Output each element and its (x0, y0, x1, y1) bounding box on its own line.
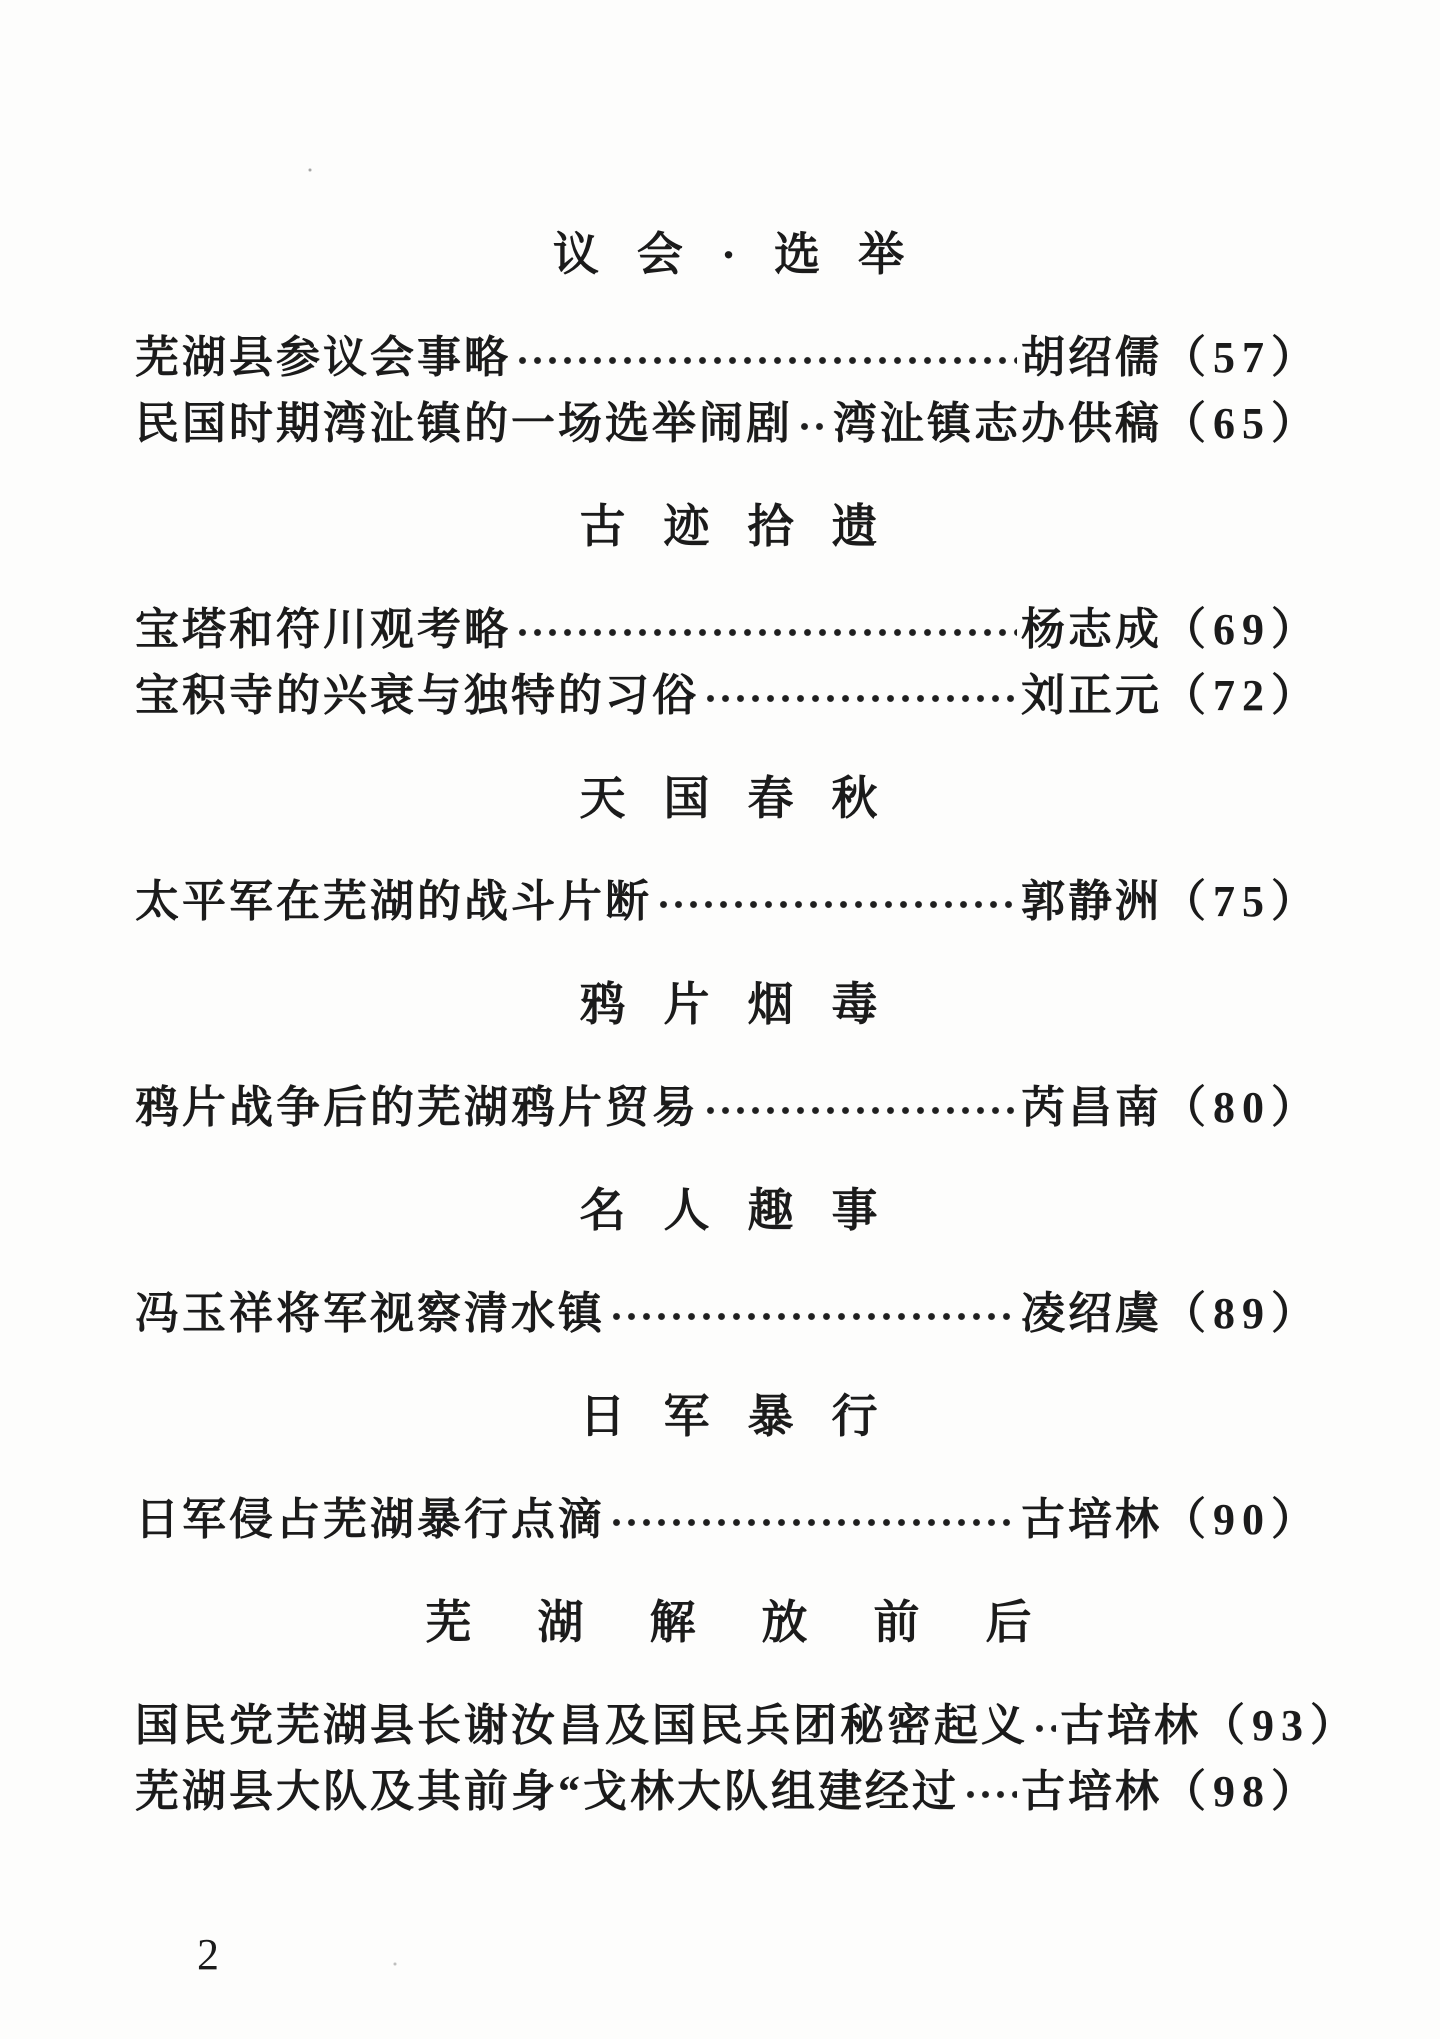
entry-page-number: （89） (1162, 1281, 1322, 1347)
entry-page-number: （75） (1162, 869, 1322, 935)
entry-author: 古培林 (1021, 1487, 1162, 1553)
toc-entry: 鸦片战争后的芜湖鸦片贸易 芮昌南 （80） (135, 1075, 1322, 1141)
entry-title: 冯玉祥将军视察清水镇 (135, 1281, 605, 1347)
section-entries: 鸦片战争后的芜湖鸦片贸易 芮昌南 （80） (135, 1075, 1322, 1141)
leader-dots (656, 869, 1017, 935)
section-entries: 冯玉祥将军视察清水镇 凌绍虞 （89） (135, 1281, 1322, 1347)
toc-entry: 宝塔和符川观考略 杨志成 （69） (135, 597, 1322, 663)
section-heading-taiping-kingdom: 天国春秋 (135, 769, 1322, 829)
entry-author: 郭静洲 (1021, 869, 1162, 935)
toc-entry: 国民党芜湖县长谢汝昌及国民兵团秘密起义 古培林 （93） (135, 1693, 1322, 1759)
entry-author: 芮昌南 (1021, 1075, 1162, 1141)
entry-title: 芜湖县参议会事略 (135, 325, 511, 391)
entry-title: 太平军在芜湖的战斗片断 (135, 869, 652, 935)
entry-page-number: （80） (1162, 1075, 1322, 1141)
entry-page-number: （72） (1162, 663, 1322, 729)
entry-author: 古培林 (1021, 1759, 1162, 1825)
entry-author: 胡绍儒 (1021, 325, 1162, 391)
entry-page-number: （93） (1201, 1693, 1361, 1759)
toc-entry: 民国时期湾沚镇的一场选举闹剧 湾沚镇志办供稿 （65） (135, 391, 1322, 457)
entry-author: 刘正元 (1021, 663, 1162, 729)
section-heading-council-elections: 议会·选举 (135, 225, 1322, 285)
entry-title: 宝积寺的兴衰与独特的习俗 (135, 663, 699, 729)
leader-dots (515, 325, 1017, 391)
toc-entry: 日军侵占芜湖暴行点滴 古培林 （90） (135, 1487, 1322, 1553)
section-heading-japanese-atrocities: 日军暴行 (135, 1387, 1322, 1447)
section-entries: 芜湖县参议会事略 胡绍儒 （57） 民国时期湾沚镇的一场选举闹剧 湾沚镇志办供稿… (135, 325, 1322, 457)
entry-page-number: （69） (1162, 597, 1322, 663)
leader-dots (609, 1281, 1017, 1347)
entry-author: 凌绍虞 (1021, 1281, 1162, 1347)
leader-dots (963, 1759, 1017, 1825)
leader-dots (703, 1075, 1017, 1141)
entry-title: 宝塔和符川观考略 (135, 597, 511, 663)
leader-dots (703, 663, 1017, 729)
section-heading-historic-sites: 古迹拾遗 (135, 497, 1322, 557)
entry-page-number: （98） (1162, 1759, 1322, 1825)
entry-title: 芜湖县大队及其前身“戈林大队组建经过 (135, 1759, 959, 1825)
section-heading-opium-poison: 鸦片烟毒 (135, 975, 1322, 1035)
page-number: 2 (197, 1929, 1322, 1980)
entry-title: 日军侵占芜湖暴行点滴 (135, 1487, 605, 1553)
entry-page-number: （57） (1162, 325, 1322, 391)
entry-title: 民国时期湾沚镇的一场选举闹剧 (135, 391, 793, 457)
section-heading-wuhu-liberation: 芜湖解放前后 (135, 1593, 1322, 1653)
entry-page-number: （65） (1162, 391, 1322, 457)
toc-entry: 芜湖县大队及其前身“戈林大队组建经过 古培林 （98） (135, 1759, 1322, 1825)
section-entries: 日军侵占芜湖暴行点滴 古培林 （90） (135, 1487, 1322, 1553)
entry-author: 湾沚镇志办供稿 (833, 391, 1162, 457)
leader-dots (1032, 1693, 1056, 1759)
section-entries: 太平军在芜湖的战斗片断 郭静洲 （75） (135, 869, 1322, 935)
leader-dots (609, 1487, 1017, 1553)
toc-entry: 宝积寺的兴衰与独特的习俗 刘正元 （72） (135, 663, 1322, 729)
toc-entry: 芜湖县参议会事略 胡绍儒 （57） (135, 325, 1322, 391)
section-heading-celebrity-anecdotes: 名人趣事 (135, 1181, 1322, 1241)
entry-author: 杨志成 (1021, 597, 1162, 663)
section-entries: 国民党芜湖县长谢汝昌及国民兵团秘密起义 古培林 （93） 芜湖县大队及其前身“戈… (135, 1693, 1322, 1825)
entry-page-number: （90） (1162, 1487, 1322, 1553)
toc-entry: 太平军在芜湖的战斗片断 郭静洲 （75） (135, 869, 1322, 935)
entry-author: 古培林 (1060, 1693, 1201, 1759)
toc-entry: 冯玉祥将军视察清水镇 凌绍虞 （89） (135, 1281, 1322, 1347)
entry-title: 鸦片战争后的芜湖鸦片贸易 (135, 1075, 699, 1141)
toc-page: 议会·选举 芜湖县参议会事略 胡绍儒 （57） 民国时期湾沚镇的一场选举闹剧 湾… (0, 0, 1440, 1980)
entry-title: 国民党芜湖县长谢汝昌及国民兵团秘密起义 (135, 1693, 1028, 1759)
leader-dots (797, 391, 829, 457)
leader-dots (515, 597, 1017, 663)
section-entries: 宝塔和符川观考略 杨志成 （69） 宝积寺的兴衰与独特的习俗 刘正元 （72） (135, 597, 1322, 729)
